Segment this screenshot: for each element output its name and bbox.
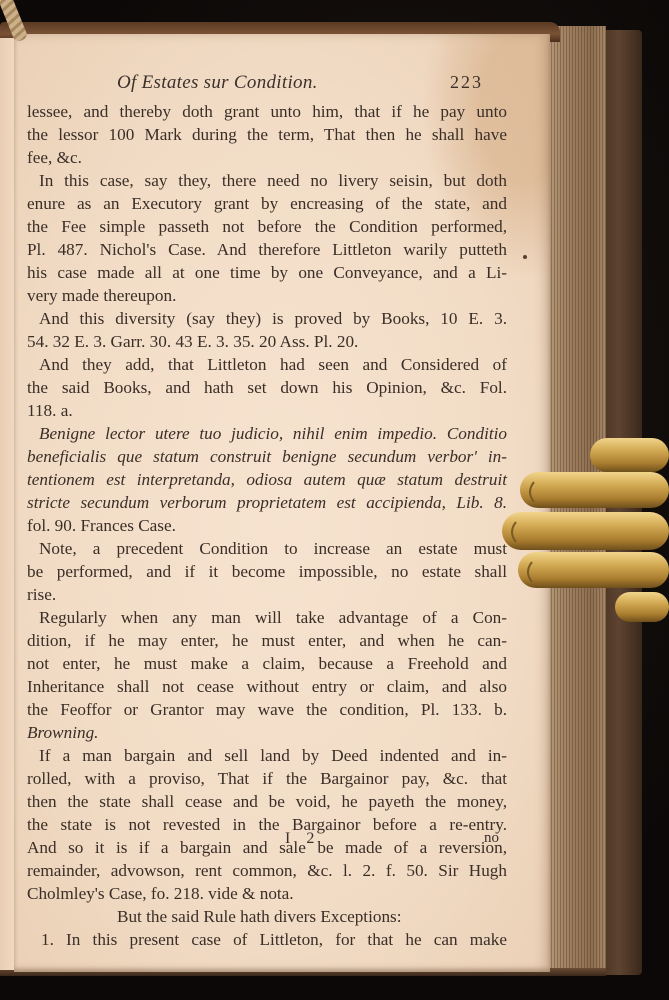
- text-line: 118. a.: [27, 399, 507, 422]
- text-line: 1. In this present case of Littleton, fo…: [27, 928, 507, 951]
- text-line: the Fee simple passeth not before the Co…: [27, 215, 507, 238]
- text-line: lessee, and thereby doth grant unto him,…: [27, 100, 507, 123]
- brass-hand-page-weight-icon: [500, 430, 669, 630]
- text-line: the said Books, and hath set down his Op…: [27, 376, 507, 399]
- text-line: remainder, advowson, rent common, &c. l.…: [27, 859, 507, 882]
- text-line: Cholmley's Case, fo. 218. vide & nota.: [27, 882, 507, 905]
- text-line: But the said Rule hath divers Exceptions…: [27, 905, 507, 928]
- text-line: the lessor 100 Mark during the term, Tha…: [27, 123, 507, 146]
- text-line: rise.: [27, 583, 507, 606]
- text-line: In this case, say they, there need no li…: [27, 169, 507, 192]
- text-line: then the state shall cease and be void, …: [27, 790, 507, 813]
- text-line: And so it is if a bargain and sale be ma…: [27, 836, 507, 859]
- text-line: fol. 90. Frances Case.: [27, 514, 507, 537]
- text-line: And they add, that Littleton had seen an…: [27, 353, 507, 376]
- latin-text-line: stricte secundum verborum proprietatem e…: [27, 491, 507, 514]
- text-line: not enter, he must make a claim, because…: [27, 652, 507, 675]
- text-line: rolled, with a proviso, That if the Barg…: [27, 767, 507, 790]
- text-line: be performed, and if it become impossibl…: [27, 560, 507, 583]
- text-line: the Feoffor or Grantor may wave the cond…: [27, 698, 507, 721]
- running-head: Of Estates sur Condition.: [117, 72, 318, 94]
- text-line: And this diversity (say they) is proved …: [27, 307, 507, 330]
- text-line: Browning.: [27, 721, 507, 744]
- catchword: no: [484, 830, 499, 847]
- latin-text-line: beneficialis que statum construit benign…: [27, 445, 507, 468]
- text-line: Pl. 487. Nichol's Case. And therefore Li…: [27, 238, 507, 261]
- text-line: his case made all at one time by one Con…: [27, 261, 507, 284]
- page-number: 223: [450, 72, 483, 93]
- text-line: Inheritance shall not cease without entr…: [27, 675, 507, 698]
- text-line: If a man bargain and sell land by Deed i…: [27, 744, 507, 767]
- text-line: Regularly when any man will take advanta…: [27, 606, 507, 629]
- text-line: dition, if he may enter, he must enter, …: [27, 629, 507, 652]
- paper-speck: [523, 255, 527, 259]
- text-line: Note, a precedent Condition to increase …: [27, 537, 507, 560]
- latin-text-line: tentionem est interpretanda, odiosa aute…: [27, 468, 507, 491]
- text-line: the state is not revested in the Bargain…: [27, 813, 507, 836]
- text-line: enure as an Executory grant by encreasin…: [27, 192, 507, 215]
- latin-text-line: Benigne lector utere tuo judicio, nihil …: [27, 422, 507, 445]
- text-line: fee, &c.: [27, 146, 507, 169]
- printer-signature: I 2: [285, 830, 320, 848]
- text-line: very made thereupon.: [27, 284, 507, 307]
- text-line: 54. 32 E. 3. Garr. 30. 43 E. 3. 35. 20 A…: [27, 330, 507, 353]
